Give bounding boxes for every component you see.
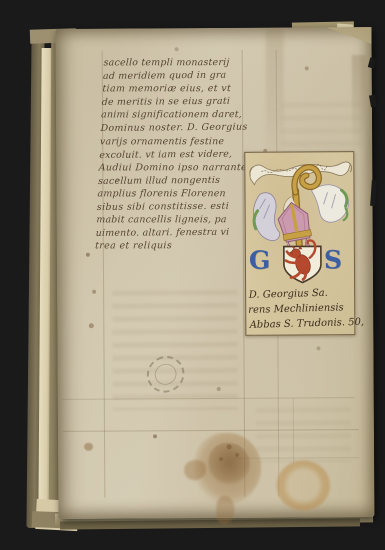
verso-show-through-center [112,290,238,411]
manuscript-photo: sacello templi monasterij ad meridiem qu… [0,0,385,550]
mantling-left-icon [253,193,280,241]
manuscript-page: sacello templi monasterij ad meridiem qu… [56,27,375,519]
manuscript-line: sacello templi monasterij [103,57,249,70]
bookplate-inscription: D. Georgius Sa. rens Mechliniensis Abbas… [249,285,354,333]
manuscript-line: sibus sibi constitisse. esti [97,201,243,215]
under-page-bottom-shadow [60,518,360,529]
manuscript-line: Audiui Domino ipso narrante [98,162,244,175]
manuscript-line: ad meridiem quod in gra [103,70,249,84]
manuscript-line: varijs ornamentis festine [100,136,246,149]
initial-letter-S: S [324,245,342,274]
page-edge-notch [369,95,377,108]
large-stain-core [208,443,250,485]
manuscript-line: excoluit. vt iam est videre, [99,148,245,162]
edge-streak [352,55,367,150]
manuscript-line: mabit cancellis ligneis, pa [96,214,242,227]
manuscript-line: Dominus noster. D. Georgius [100,122,246,136]
initial-letter-G: G [249,246,271,275]
foxing-specks [56,29,58,31]
handwritten-latin-note: sacello templi monasterij ad meridiem qu… [95,57,249,254]
inscription-line: Abbas S. Trudonis. 50, [249,315,353,333]
page-edge-notch [368,57,376,68]
fold-streak [266,30,285,160]
ring-stain-right [276,460,330,510]
page-edge-notch [370,180,377,206]
manuscript-line: sacellum illud nongentis [98,174,244,188]
manuscript-line: de meritis in se eius grati [101,96,247,110]
manuscript-line: trea et reliquis [95,240,241,253]
damaged-corner-top-right [327,27,372,47]
verso-show-through-right [256,407,351,463]
armorial-bookplate: G S D. Georgius Sa. rens Mechliniensis A… [244,151,355,336]
manuscript-line: tiam memoriæ eius, et vt [102,83,248,96]
verso-show-through-top [281,102,361,152]
manuscript-line: amplius florenis Florenen [97,188,243,201]
manuscript-line: uimento. altari. fenestra vi [95,227,241,241]
mantling-right-icon [311,185,348,223]
small-spot [84,443,93,451]
